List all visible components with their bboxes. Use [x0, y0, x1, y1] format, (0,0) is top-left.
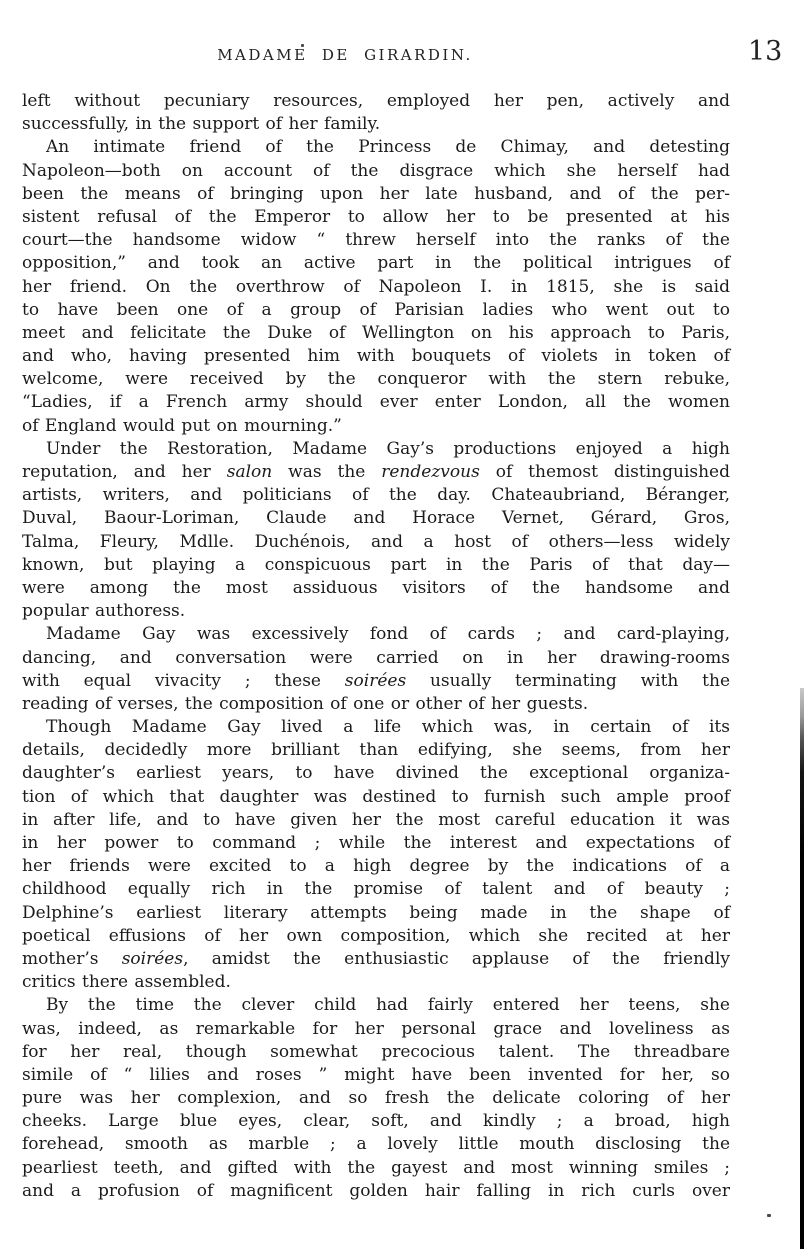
text-line: Duval, Baour-Loriman, Claude and Horace …: [22, 507, 730, 530]
text-line: her friend. On the overthrow of Napoleon…: [22, 276, 730, 299]
text-line: cheeks. Large blue eyes, clear, soft, an…: [22, 1110, 730, 1133]
text-line: mother’s soirées, amidst the enthusiasti…: [22, 948, 730, 971]
text-line: court—the handsome widow “ threw herself…: [22, 229, 730, 252]
text-line: was, indeed, as remarkable for her perso…: [22, 1018, 730, 1041]
text-line: and who, having presented him with bouqu…: [22, 345, 730, 368]
text-line: opposition,” and took an active part in …: [22, 252, 730, 275]
text-line: By the time the clever child had fairly …: [22, 994, 730, 1017]
text-line: her friends were excited to a high degre…: [22, 855, 730, 878]
text-line: of England would put on mourning.”: [22, 415, 730, 438]
text-line: in after life, and to have given her the…: [22, 809, 730, 832]
running-header-title: MADAME DE GIRARDIN.: [0, 46, 690, 64]
text-line: “Ladies, if a French army should ever en…: [22, 391, 730, 414]
text-line: reputation, and her salon was the rendez…: [22, 461, 730, 484]
text-line: and a profusion of magnificent golden ha…: [22, 1180, 730, 1203]
text-line: pure was her complexion, and so fresh th…: [22, 1087, 730, 1110]
ink-speck: [767, 1214, 771, 1217]
scan-gutter-shadow: [800, 688, 804, 1249]
text-line: childhood equally rich in the promise of…: [22, 878, 730, 901]
text-line: Delphine’s earliest literary attempts be…: [22, 902, 730, 925]
text-line: reading of verses, the composition of on…: [22, 693, 730, 716]
text-line: artists, writers, and politicians of the…: [22, 484, 730, 507]
text-line: tion of which that daughter was destined…: [22, 786, 730, 809]
text-line: Talma, Fleury, Mdlle. Duchénois, and a h…: [22, 531, 730, 554]
page-number: 13: [748, 38, 782, 65]
text-line: Though Madame Gay lived a life which was…: [22, 716, 730, 739]
text-line: were among the most assiduous visitors o…: [22, 577, 730, 600]
text-line: An intimate friend of the Princess de Ch…: [22, 136, 730, 159]
text-line: pearliest teeth, and gifted with the gay…: [22, 1157, 730, 1180]
text-line: forehead, smooth as marble ; a lovely li…: [22, 1133, 730, 1156]
text-line: welcome, were received by the conqueror …: [22, 368, 730, 391]
text-line: known, but playing a conspicuous part in…: [22, 554, 730, 577]
text-line: simile of “ lilies and roses ” might hav…: [22, 1064, 730, 1087]
text-line: to have been one of a group of Parisian …: [22, 299, 730, 322]
text-body: left without pecuniary resources, employ…: [22, 90, 730, 1203]
text-line: sistent refusal of the Emperor to allow …: [22, 206, 730, 229]
text-line: poetical effusions of her own compositio…: [22, 925, 730, 948]
text-line: in her power to command ; while the inte…: [22, 832, 730, 855]
text-line: been the means of bringing upon her late…: [22, 183, 730, 206]
text-line: popular authoress.: [22, 600, 730, 623]
book-page: MADAME DE GIRARDIN. 13 left without pecu…: [0, 0, 810, 1249]
text-line: meet and felicitate the Duke of Wellingt…: [22, 322, 730, 345]
text-line: Napoleon—both on account of the disgrace…: [22, 160, 730, 183]
text-line: left without pecuniary resources, employ…: [22, 90, 730, 113]
text-line: dancing, and conversation were carried o…: [22, 647, 730, 670]
text-line: successfully, in the support of her fami…: [22, 113, 730, 136]
text-line: with equal vivacity ; these soirées usua…: [22, 670, 730, 693]
text-line: daughter’s earliest years, to have divin…: [22, 762, 730, 785]
text-line: Under the Restoration, Madame Gay’s prod…: [22, 438, 730, 461]
ink-speck: [301, 44, 304, 47]
text-line: details, decidedly more brilliant than e…: [22, 739, 730, 762]
text-line: critics there assembled.: [22, 971, 730, 994]
text-line: Madame Gay was excessively fond of cards…: [22, 623, 730, 646]
text-line: for her real, though somewhat precocious…: [22, 1041, 730, 1064]
